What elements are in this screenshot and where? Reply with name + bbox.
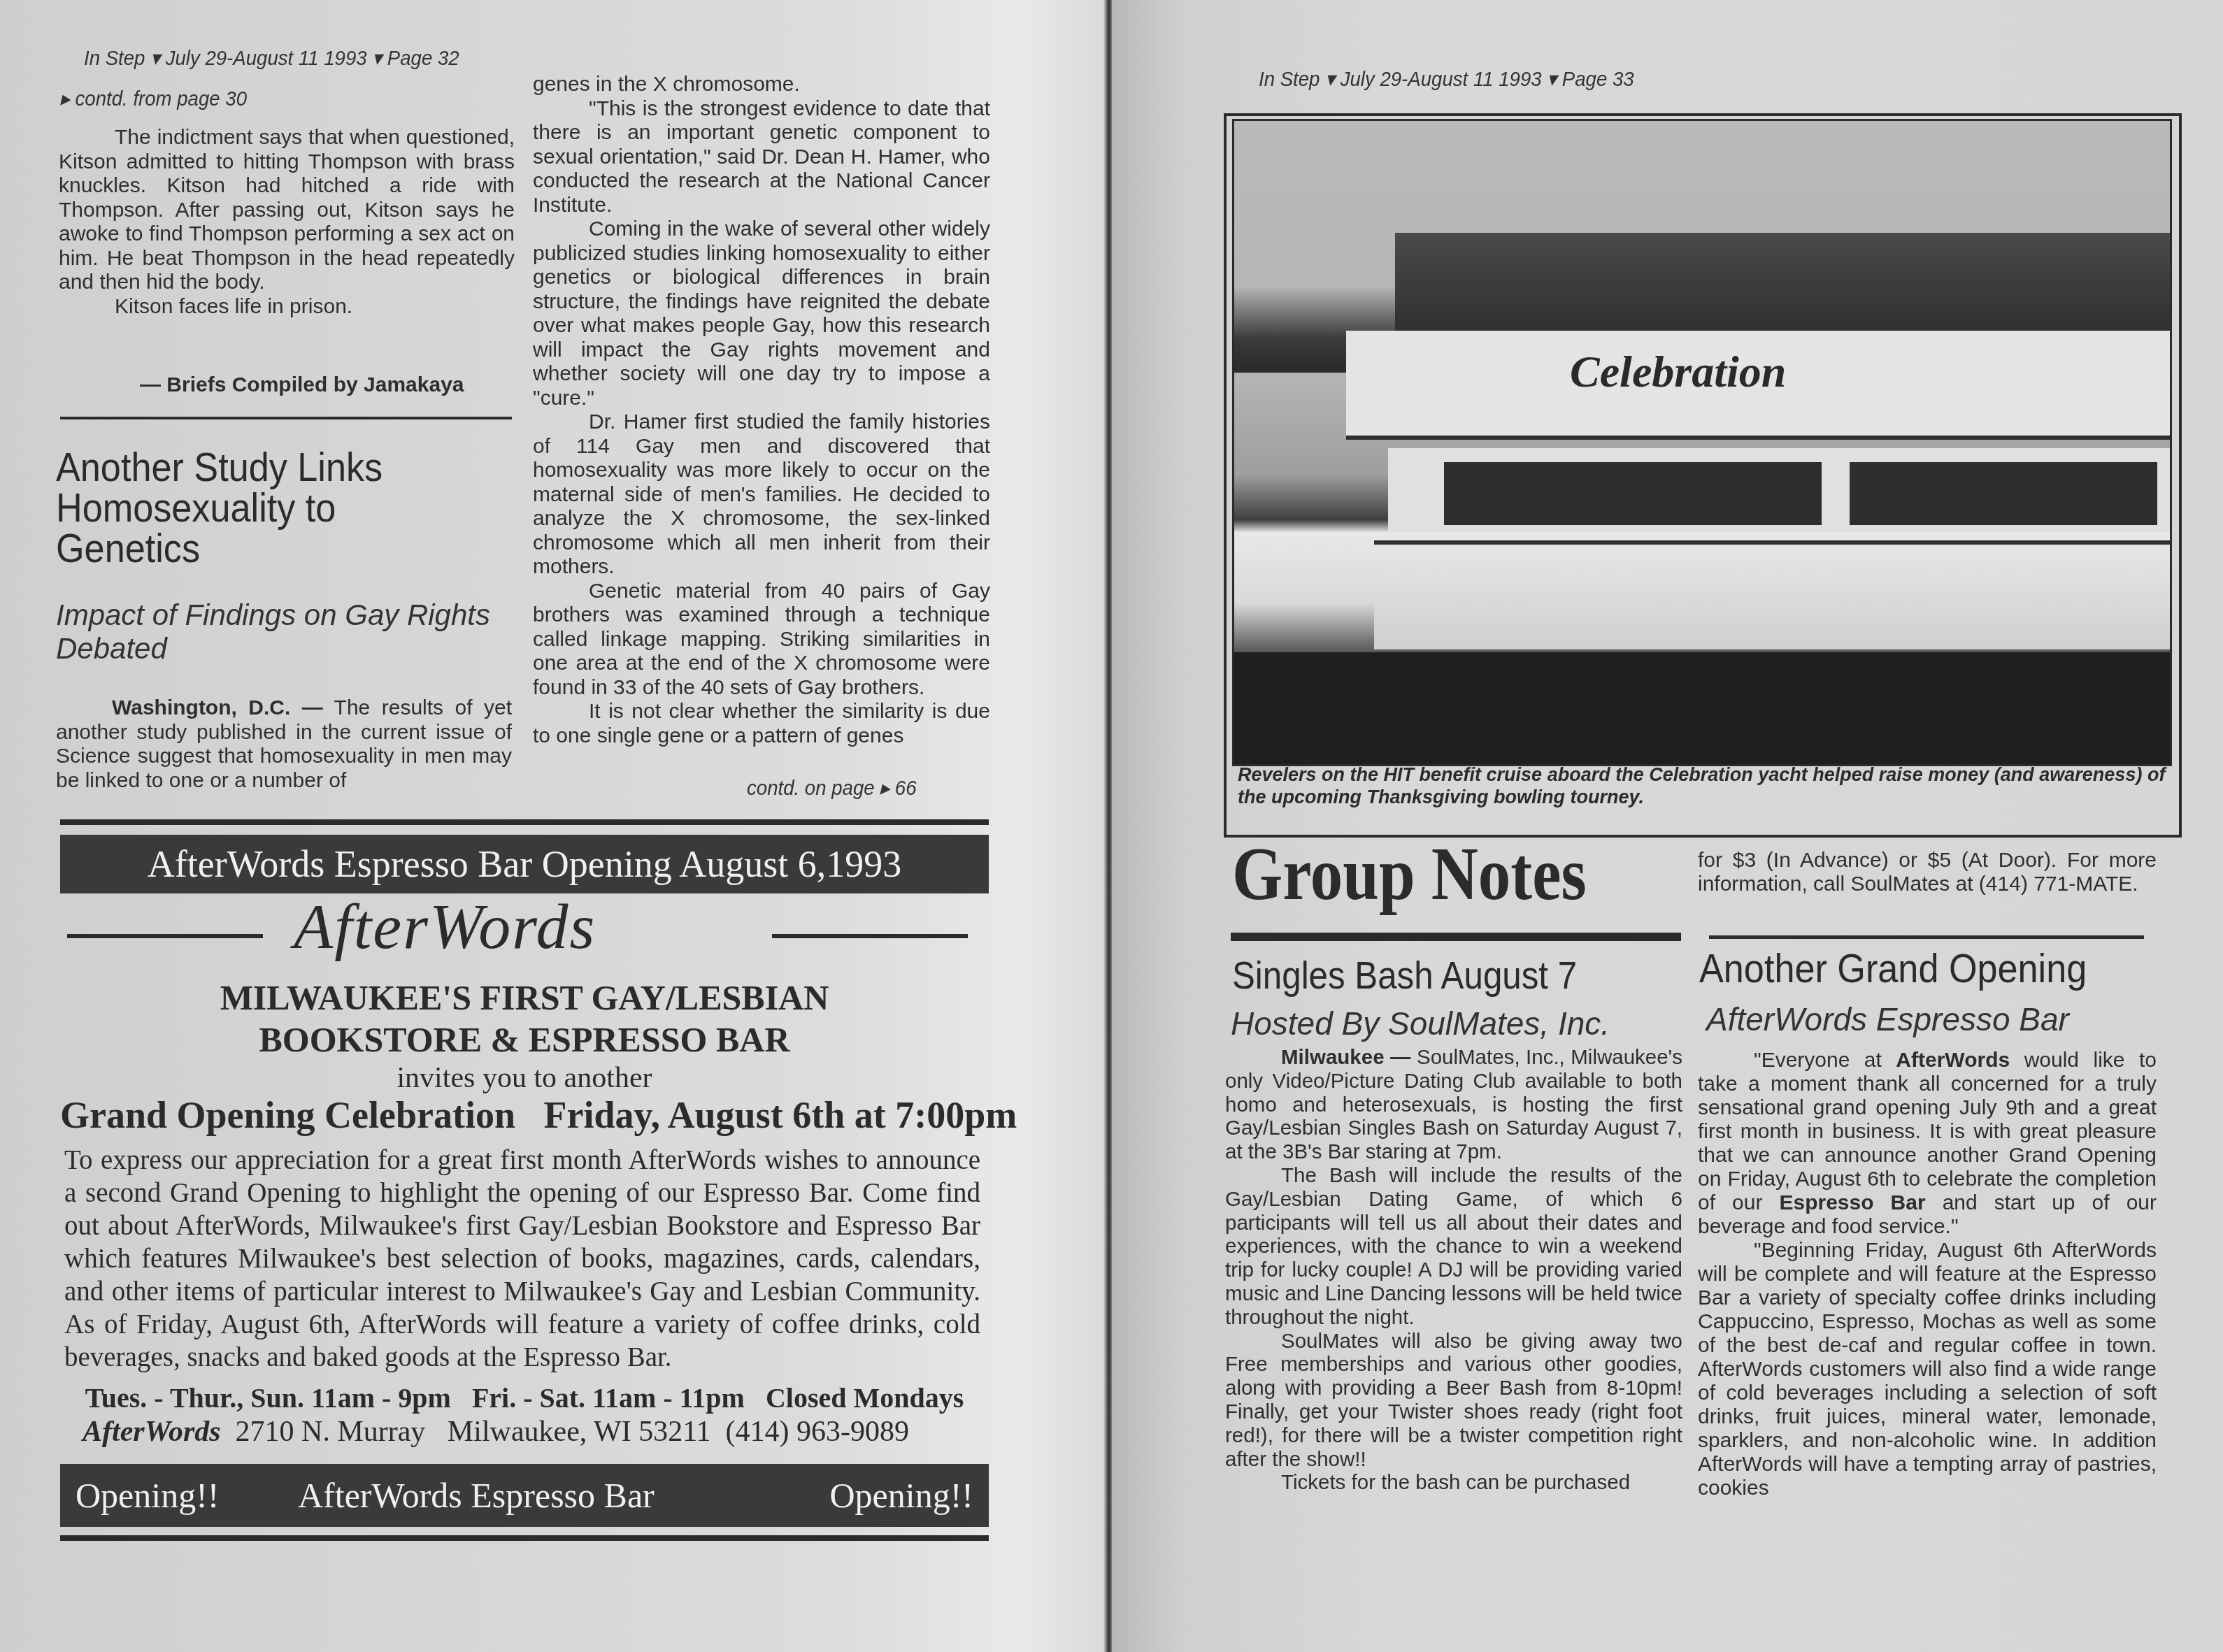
singles-body: Milwaukee — SoulMates, Inc., Milwaukee's… <box>1225 1046 1682 1495</box>
banner-opening-right: Opening!! <box>830 1464 974 1527</box>
singles-paragraph: The Bash will include the results of the… <box>1225 1164 1682 1330</box>
article-paragraph: Genetic material from 40 pairs of Gay br… <box>533 580 990 701</box>
afterwords-logo: AfterWords <box>294 889 596 963</box>
singles-continuation: for $3 (In Advance) or $5 (At Door). For… <box>1698 849 2157 896</box>
article-headline: Another Study Links Homosexuality to Gen… <box>56 447 459 569</box>
singles-paragraph: SoulMates will also be giving away two F… <box>1225 1330 1682 1472</box>
ad-event: Grand Opening Celebration Friday, August… <box>60 1093 989 1137</box>
section-title: Group Notes <box>1232 836 1587 913</box>
afterwords-logo-small: AfterWords <box>83 1416 221 1448</box>
bold-run: AfterWords <box>1896 1049 2010 1072</box>
article-dek: Impact of Findings on Gay Rights Debated <box>56 598 503 666</box>
briefs-body: The indictment says that when questioned… <box>59 126 515 319</box>
grand-opening-headline: Another Grand Opening <box>1699 945 2087 992</box>
ad-invite: invites you to another <box>60 1061 989 1095</box>
ad-tagline-1: MILWAUKEE'S FIRST GAY/LESBIAN <box>60 977 989 1018</box>
grand-opening-body: "Everyone at AfterWords would like to ta… <box>1698 1049 2157 1500</box>
upper-deck-crowd <box>1395 233 2170 338</box>
water <box>1234 652 2170 764</box>
bold-run: Espresso Bar <box>1779 1191 1925 1214</box>
photo-caption: Revelers on the HIT benefit cruise aboar… <box>1238 763 2168 808</box>
article-paragraph: genes in the X chromosome. <box>533 73 990 97</box>
ad-top-banner: AfterWords Espresso Bar Opening August 6… <box>60 835 989 893</box>
section-title-rule <box>1231 933 1681 941</box>
boat-window-right <box>1850 462 2157 525</box>
article-paragraph: "This is the strongest evidence to date … <box>533 97 990 218</box>
boat-window-left <box>1444 462 1822 525</box>
article-lead: Washington, D.C. — The results of yet an… <box>56 696 512 793</box>
ad-bottom-banner: Opening!! AfterWords Espresso Bar Openin… <box>60 1464 989 1527</box>
article-paragraph: It is not clear whether the similarity i… <box>533 700 990 748</box>
divider <box>60 417 512 419</box>
text-run: "Everyone at <box>1754 1049 1896 1072</box>
continued-from-label: ▸ contd. from page 30 <box>60 87 247 111</box>
grand-opening-paragraph: "Beginning Friday, August 6th AfterWords… <box>1698 1239 2157 1500</box>
text-run: would like to take a moment thank all co… <box>1698 1049 2157 1214</box>
briefs-paragraph: The indictment says that when questioned… <box>59 126 515 295</box>
left-page: In Step ▾ July 29-August 11 1993 ▾ Page … <box>0 0 1112 1652</box>
singles-paragraph: Tickets for the bash can be purchased <box>1225 1471 1682 1495</box>
ad-tagline-2: BOOKSTORE & ESPRESSO BAR <box>60 1019 989 1060</box>
page-folio-right: In Step ▾ July 29-August 11 1993 ▾ Page … <box>1259 67 1634 92</box>
ad-hours: Tues. - Thur., Sun. 11am - 9pm Fri. - Sa… <box>60 1381 989 1414</box>
singles-dek: Hosted By SoulMates, Inc. <box>1231 1007 1610 1040</box>
page-folio-left: In Step ▾ July 29-August 11 1993 ▾ Page … <box>84 46 459 71</box>
boat-photo: Celebration <box>1232 119 2172 766</box>
boat-hull-lower <box>1374 540 2170 649</box>
banner-opening-left: Opening!! <box>76 1464 220 1527</box>
singles-dateline: Milwaukee — <box>1281 1046 1411 1069</box>
dateline: Washington, D.C. — <box>112 696 323 719</box>
singles-paragraph: for $3 (In Advance) or $5 (At Door). For… <box>1698 849 2157 896</box>
ad-address: 2710 N. Murray Milwaukee, WI 53211 (414)… <box>236 1416 910 1448</box>
ad-top-rule <box>60 819 989 825</box>
article-paragraph: Dr. Hamer first studied the family histo… <box>533 410 990 580</box>
briefs-paragraph: Kitson faces life in prison. <box>59 295 515 319</box>
ad-body: To express our appreciation for a great … <box>64 1144 980 1374</box>
boat-name: Celebration <box>1570 346 1786 398</box>
ad-logo-rule-left <box>67 934 263 938</box>
article-column-2: genes in the X chromosome. "This is the … <box>533 73 990 748</box>
continued-on-link[interactable]: contd. on page ▸ 66 <box>747 776 917 800</box>
divider <box>1709 935 2144 939</box>
ad-logo-rule-right <box>772 934 968 938</box>
ad-bottom-rule <box>60 1535 989 1541</box>
briefs-byline: — Briefs Compiled by Jamakaya <box>140 373 464 397</box>
article-paragraph: Coming in the wake of several other wide… <box>533 217 990 410</box>
grand-opening-dek: AfterWords Espresso Bar <box>1706 1003 2069 1036</box>
singles-headline: Singles Bash August 7 <box>1232 952 1577 998</box>
banner-center: AfterWords Espresso Bar <box>298 1464 655 1527</box>
ad-address-line: AfterWords 2710 N. Murray Milwaukee, WI … <box>83 1415 909 1449</box>
